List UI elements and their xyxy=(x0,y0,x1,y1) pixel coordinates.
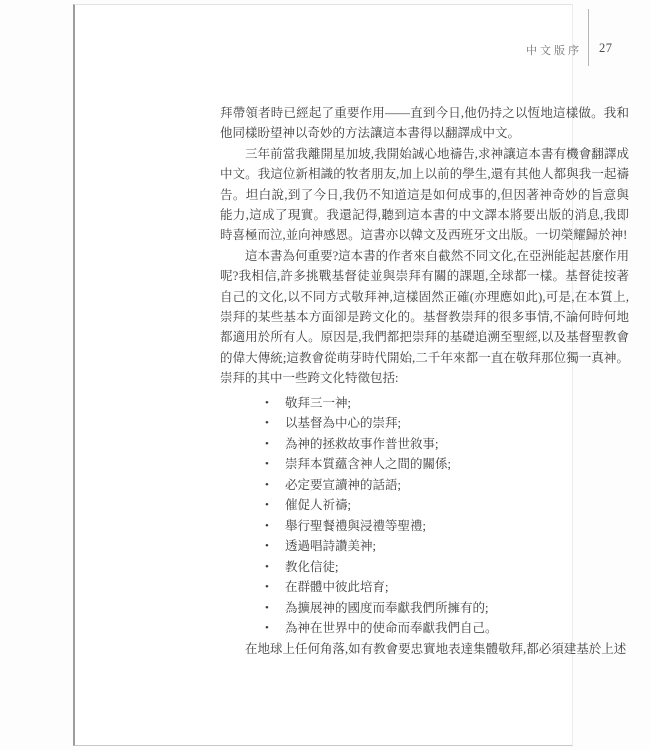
list-item: •教化信徒; xyxy=(220,557,629,578)
list-item: •為神的拯救故事作普世敘事; xyxy=(220,434,629,455)
paragraph: 這本書為何重要?這本書的作者來自截然不同文化,在亞洲能起甚麼作用呢?我相信,許多… xyxy=(220,246,629,389)
list-item-label: 催促人祈禱; xyxy=(285,498,351,512)
list-item-label: 崇拜本質蘊含神人之間的關係; xyxy=(285,457,451,471)
list-item: •在群體中彼此培育; xyxy=(220,577,629,598)
list-item-label: 敬拜三一神; xyxy=(285,396,351,410)
bullet-icon: • xyxy=(265,516,269,537)
list-item-label: 為神的拯救故事作普世敘事; xyxy=(285,437,438,451)
page-number: 27 xyxy=(599,41,613,56)
bullet-icon: • xyxy=(265,475,269,496)
bullet-icon: • xyxy=(265,536,269,557)
book-page: 中文版序 27 拜帶領者時已經起了重要作用——直到今日,他仍持之以恆地這樣做。我… xyxy=(73,4,573,746)
list-item-label: 舉行聖餐禮與浸禮等聖禮; xyxy=(285,519,426,533)
list-item-label: 教化信徒; xyxy=(285,560,338,574)
paragraph: 三年前當我離開星加坡,我開始誠心地禱告,求神讓這本書有機會翻譯成中文。我這位新相… xyxy=(220,144,629,246)
list-item-label: 在群體中彼此培育; xyxy=(285,580,388,594)
bullet-icon: • xyxy=(265,618,269,639)
bullet-icon: • xyxy=(265,495,269,516)
list-item: •舉行聖餐禮與浸禮等聖禮; xyxy=(220,516,629,537)
list-item-label: 必定要宣讀神的話語; xyxy=(285,478,401,492)
list-item: •為神在世界中的使命而奉獻我們自己。 xyxy=(220,618,629,639)
bullet-icon: • xyxy=(265,557,269,578)
list-item: •以基督為中心的崇拜; xyxy=(220,413,629,434)
bullet-icon: • xyxy=(265,413,269,434)
list-item-label: 以基督為中心的崇拜; xyxy=(285,416,401,430)
list-item-label: 為神在世界中的使命而奉獻我們自己。 xyxy=(285,621,498,635)
list-item: •為擴展神的國度而奉獻我們所擁有的; xyxy=(220,598,629,619)
list-item: •透過唱詩讚美神; xyxy=(220,536,629,557)
screenshot-canvas: 中文版序 27 拜帶領者時已經起了重要作用——直到今日,他仍持之以恆地這樣做。我… xyxy=(0,0,650,750)
paragraph-closing: 在地球上任何角落,如有教會要忠實地表達集體敬拜,都必須建基於上述 xyxy=(220,639,629,659)
bullet-icon: • xyxy=(265,598,269,619)
header-divider-line xyxy=(588,9,589,66)
list-item-label: 為擴展神的國度而奉獻我們所擁有的; xyxy=(285,601,488,615)
running-head-section-title: 中文版序 xyxy=(435,42,582,58)
worship-features-list: •敬拜三一神; •以基督為中心的崇拜; •為神的拯救故事作普世敘事; •崇拜本質… xyxy=(220,393,629,639)
list-item: •必定要宣讀神的話語; xyxy=(220,475,629,496)
bullet-icon: • xyxy=(265,454,269,475)
bullet-icon: • xyxy=(265,577,269,598)
list-item-label: 透過唱詩讚美神; xyxy=(285,539,376,553)
list-item: •催促人祈禱; xyxy=(220,495,629,516)
bullet-icon: • xyxy=(265,393,269,414)
paragraph-continued: 拜帶領者時已經起了重要作用——直到今日,他仍持之以恆地這樣做。我和他同樣盼望神以… xyxy=(220,103,629,144)
body-text-block: 拜帶領者時已經起了重要作用——直到今日,他仍持之以恆地這樣做。我和他同樣盼望神以… xyxy=(220,103,629,659)
list-item: •崇拜本質蘊含神人之間的關係; xyxy=(220,454,629,475)
list-item: •敬拜三一神; xyxy=(220,393,629,414)
bullet-icon: • xyxy=(265,434,269,455)
